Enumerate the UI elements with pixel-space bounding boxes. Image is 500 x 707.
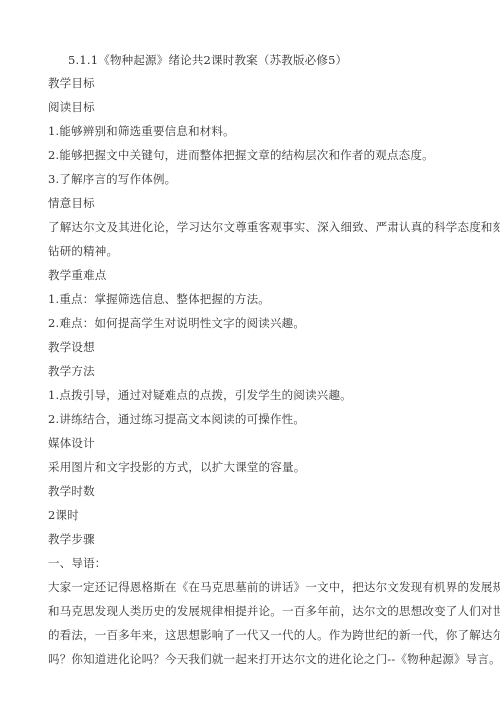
heading-media-design: 媒体设计 xyxy=(48,436,95,450)
paragraph: 1.能够辨别和筛选重要信息和材料。 xyxy=(48,124,235,138)
paragraph: 2.能够把握文中关键句，进而整体把握文章的结构层次和作者的观点态度。 xyxy=(48,148,434,162)
heading-affective-goals: 情意目标 xyxy=(48,196,95,210)
document-page: 5.1.1《物种起源》绪论共2课时教案（苏教版必修5） 教学目标 阅读目标 1.… xyxy=(0,0,500,707)
paragraph: 的看法，一百多年来，这思想影响了一代又一代的人。作为跨世纪的新一代，你了解达尔文 xyxy=(48,628,500,642)
paragraph: 2课时 xyxy=(48,508,79,522)
paragraph: 1.重点：掌握筛选信息、整体把握的方法。 xyxy=(48,292,270,306)
document-title: 5.1.1《物种起源》绪论共2课时教案（苏教版必修5） xyxy=(68,53,347,67)
heading-teaching-method: 教学方法 xyxy=(48,364,95,378)
heading-key-points: 教学重难点 xyxy=(48,268,107,282)
heading-reading-goals: 阅读目标 xyxy=(48,100,95,114)
heading-introduction: 一、导语： xyxy=(48,556,107,570)
paragraph: 2.讲练结合，通过练习提高文本阅读的可操作性。 xyxy=(48,412,305,426)
paragraph: 3.了解序言的写作体例。 xyxy=(48,172,176,186)
paragraph: 和马克思发现人类历史的发展规律相提并论。一百多年前，达尔文的思想改变了人们对世界 xyxy=(48,604,500,618)
heading-teaching-goals: 教学目标 xyxy=(48,76,95,90)
paragraph: 1.点拨引导，通过对疑难点的点拨，引发学生的阅读兴趣。 xyxy=(48,388,352,402)
heading-teaching-concept: 教学设想 xyxy=(48,340,95,354)
heading-teaching-steps: 教学步骤 xyxy=(48,532,95,546)
paragraph: 了解达尔文及其进化论，学习达尔文尊重客观事实、深入细致、严肃认真的科学态度和刻苦 xyxy=(48,220,500,234)
paragraph: 采用图片和文字投影的方式，以扩大课堂的容量。 xyxy=(48,460,305,474)
heading-teaching-hours: 教学时数 xyxy=(48,484,95,498)
paragraph: 吗？你知道进化论吗？今天我们就一起来打开达尔文的进化论之门--《物种起源》导言。 xyxy=(48,652,500,666)
paragraph: 大家一定还记得恩格斯在《在马克思墓前的讲话》一文中，把达尔文发现有机界的发展规律 xyxy=(48,580,500,594)
paragraph: 2.难点：如何提高学生对说明性文字的阅读兴趣。 xyxy=(48,316,305,330)
paragraph: 钻研的精神。 xyxy=(48,244,118,258)
